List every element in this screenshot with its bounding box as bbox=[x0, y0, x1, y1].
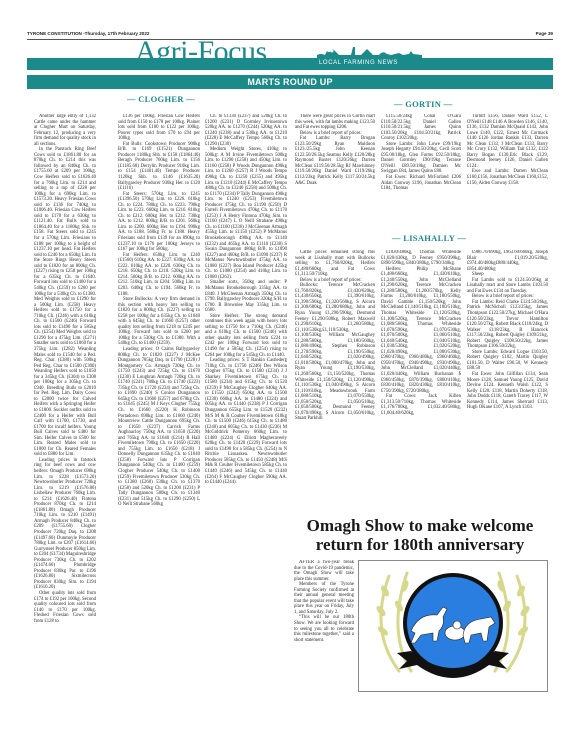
paragraph: £115.50/24kg Conal O'Gara £110.50/22.5kg… bbox=[381, 114, 461, 142]
paragraph: £136 per 100kg. Friesian Cow Heifers sol… bbox=[118, 114, 200, 142]
paragraph: Cattle prices remained strong this week … bbox=[295, 250, 375, 278]
paragraph: £1030/480kg, Thomas Whiteside £1,020/430… bbox=[381, 250, 461, 267]
masthead-tagline: LOCAL FARMING NEWS bbox=[319, 60, 398, 66]
running-header: TYRONE CONSTITUTION -Thursday, 17th Febr… bbox=[27, 30, 553, 40]
gortin-heading: — GORTIN — bbox=[394, 99, 452, 109]
gortin-column-2: £115.50/24kg Conal O'Gara £110.50/22.5kg… bbox=[381, 114, 461, 222]
paragraph: Fat Bulls: Cookstown Producer 900kg B/B.… bbox=[118, 142, 200, 192]
clogher-column-2: £136 per 100kg. Friesian Cow Heifers sol… bbox=[118, 114, 200, 704]
page-number: Page 39 bbox=[536, 31, 553, 36]
clogher-column-1: Another large entry of 1,132 Cattle came… bbox=[34, 114, 96, 704]
tyrone-farming-society-logo-image bbox=[358, 560, 548, 692]
lisahally-column-1: Cattle prices remained strong this week … bbox=[295, 250, 375, 512]
agri-focus-logo: Agri-Focus bbox=[135, 36, 267, 68]
paragraph: Medium Weight Stores, 410kg to 500kg: A … bbox=[205, 147, 287, 280]
paragraph: Store Lambs: Edward Logue £103.50, Rober… bbox=[467, 350, 548, 372]
story-body: AFTER a two-year break due to the Covid-… bbox=[294, 560, 354, 695]
paragraph: Leading prices: S T Rankin Castlederg 71… bbox=[205, 358, 287, 486]
section-banner: MARTS ROUND UP bbox=[27, 75, 553, 89]
paragraph: Fat Steers: 570kg Lim. to £245 (£1396.50… bbox=[118, 192, 200, 253]
lisahally-column-3: £986.70/690kg, £963.60/660kg, Joseph Bla… bbox=[467, 250, 548, 512]
paragraph: Ch. to £1330 (£237) and 520kg Ch. to £12… bbox=[205, 114, 287, 147]
lisahally-column-2: £1030/480kg, Thomas Whiteside £1,020/430… bbox=[381, 250, 461, 512]
clogher-heading: — CLOGHER — bbox=[127, 94, 195, 104]
story-headline: Omagh Show to make welcome return for 18… bbox=[292, 516, 548, 554]
masthead: Agri-Focus LOCAL FARMING NEWS bbox=[27, 40, 553, 72]
paragraph: Another large entry of 1,132 Cattle came… bbox=[34, 114, 96, 147]
paragraph: Fat Lambs: Reid Clarke £124.50/26kg, Pat… bbox=[467, 300, 548, 350]
paragraph: Fat Ewes: John Gilfillan £134, Sean Moor… bbox=[467, 372, 548, 411]
show-emblem-icon bbox=[359, 561, 547, 691]
clogher-column-3: Ch. to £1330 (£237) and 520kg Ch. to £12… bbox=[205, 114, 287, 704]
paragraph: Ewe and Lambs: Darren McClean £160,£156,… bbox=[467, 169, 548, 186]
paragraph: “This will be our 180th Show. We are loo… bbox=[294, 615, 354, 643]
paragraph: Fat Lambs: Barry Brogan £123.50/29kg Rya… bbox=[295, 136, 375, 186]
paragraph: Turbitt £156, Daniel Ward £152, L O'Neil… bbox=[467, 114, 548, 169]
farm-skyline-icon bbox=[317, 43, 422, 59]
paragraph: AFTER a two-year break due to the Covid-… bbox=[294, 560, 354, 582]
gortin-column-1: There were great prices in Gortin mart t… bbox=[295, 114, 375, 222]
paragraph: £986.70/690kg, £963.60/660kg, Joseph Bla… bbox=[467, 250, 548, 272]
publication-dateline: TYRONE CONSTITUTION -Thursday, 17th Febr… bbox=[27, 31, 149, 36]
paragraph: Other quality lots sold from £174 to £19… bbox=[34, 591, 96, 624]
paragraph: There were great prices in Gortin mart t… bbox=[295, 114, 375, 131]
paragraph: Bullocks: Terence McCracken £1,760/820kg… bbox=[295, 283, 375, 422]
paragraph: Fat Ewes: Richard McFarland £206 Aidan C… bbox=[381, 175, 461, 192]
paragraph: Store Lambs: John Lowe £99/19kg Joseph H… bbox=[381, 142, 461, 175]
paragraph: Fat Heifers: 650kg Lim. to £240 (£1560) … bbox=[118, 253, 200, 297]
paragraph: In the Parstock Ring Beef Cows sold to £… bbox=[34, 147, 96, 458]
masthead-band bbox=[27, 58, 553, 70]
paragraph: Leading prices: O Cairns Ballygawley 800… bbox=[118, 347, 200, 508]
gortin-column-3: Turbitt £156, Daniel Ward £152, L O'Neil… bbox=[467, 114, 548, 222]
paragraph: Store Heifers: The strong demand continu… bbox=[205, 314, 287, 358]
paragraph: Heifers: Philip McShane £1,480/660kg, £1… bbox=[381, 267, 461, 395]
paragraph: Leading prices in fatstock ring for beef… bbox=[34, 458, 96, 591]
paragraph: Fat Cows: Jack Killen £1,313.50/710kg, T… bbox=[381, 394, 461, 416]
paragraph: Fat Lambs sold to £124.50/26kg at Lisaha… bbox=[467, 278, 548, 295]
paragraph: Members of the Tyrone Farming Society co… bbox=[294, 582, 354, 615]
lisahally-heading: — LISAHALLY — bbox=[392, 233, 466, 243]
paragraph: Store Bullocks: A very firm demand in th… bbox=[118, 297, 200, 347]
paragraph: Smaller sorts, 350kg and under: P McManu… bbox=[205, 280, 287, 313]
